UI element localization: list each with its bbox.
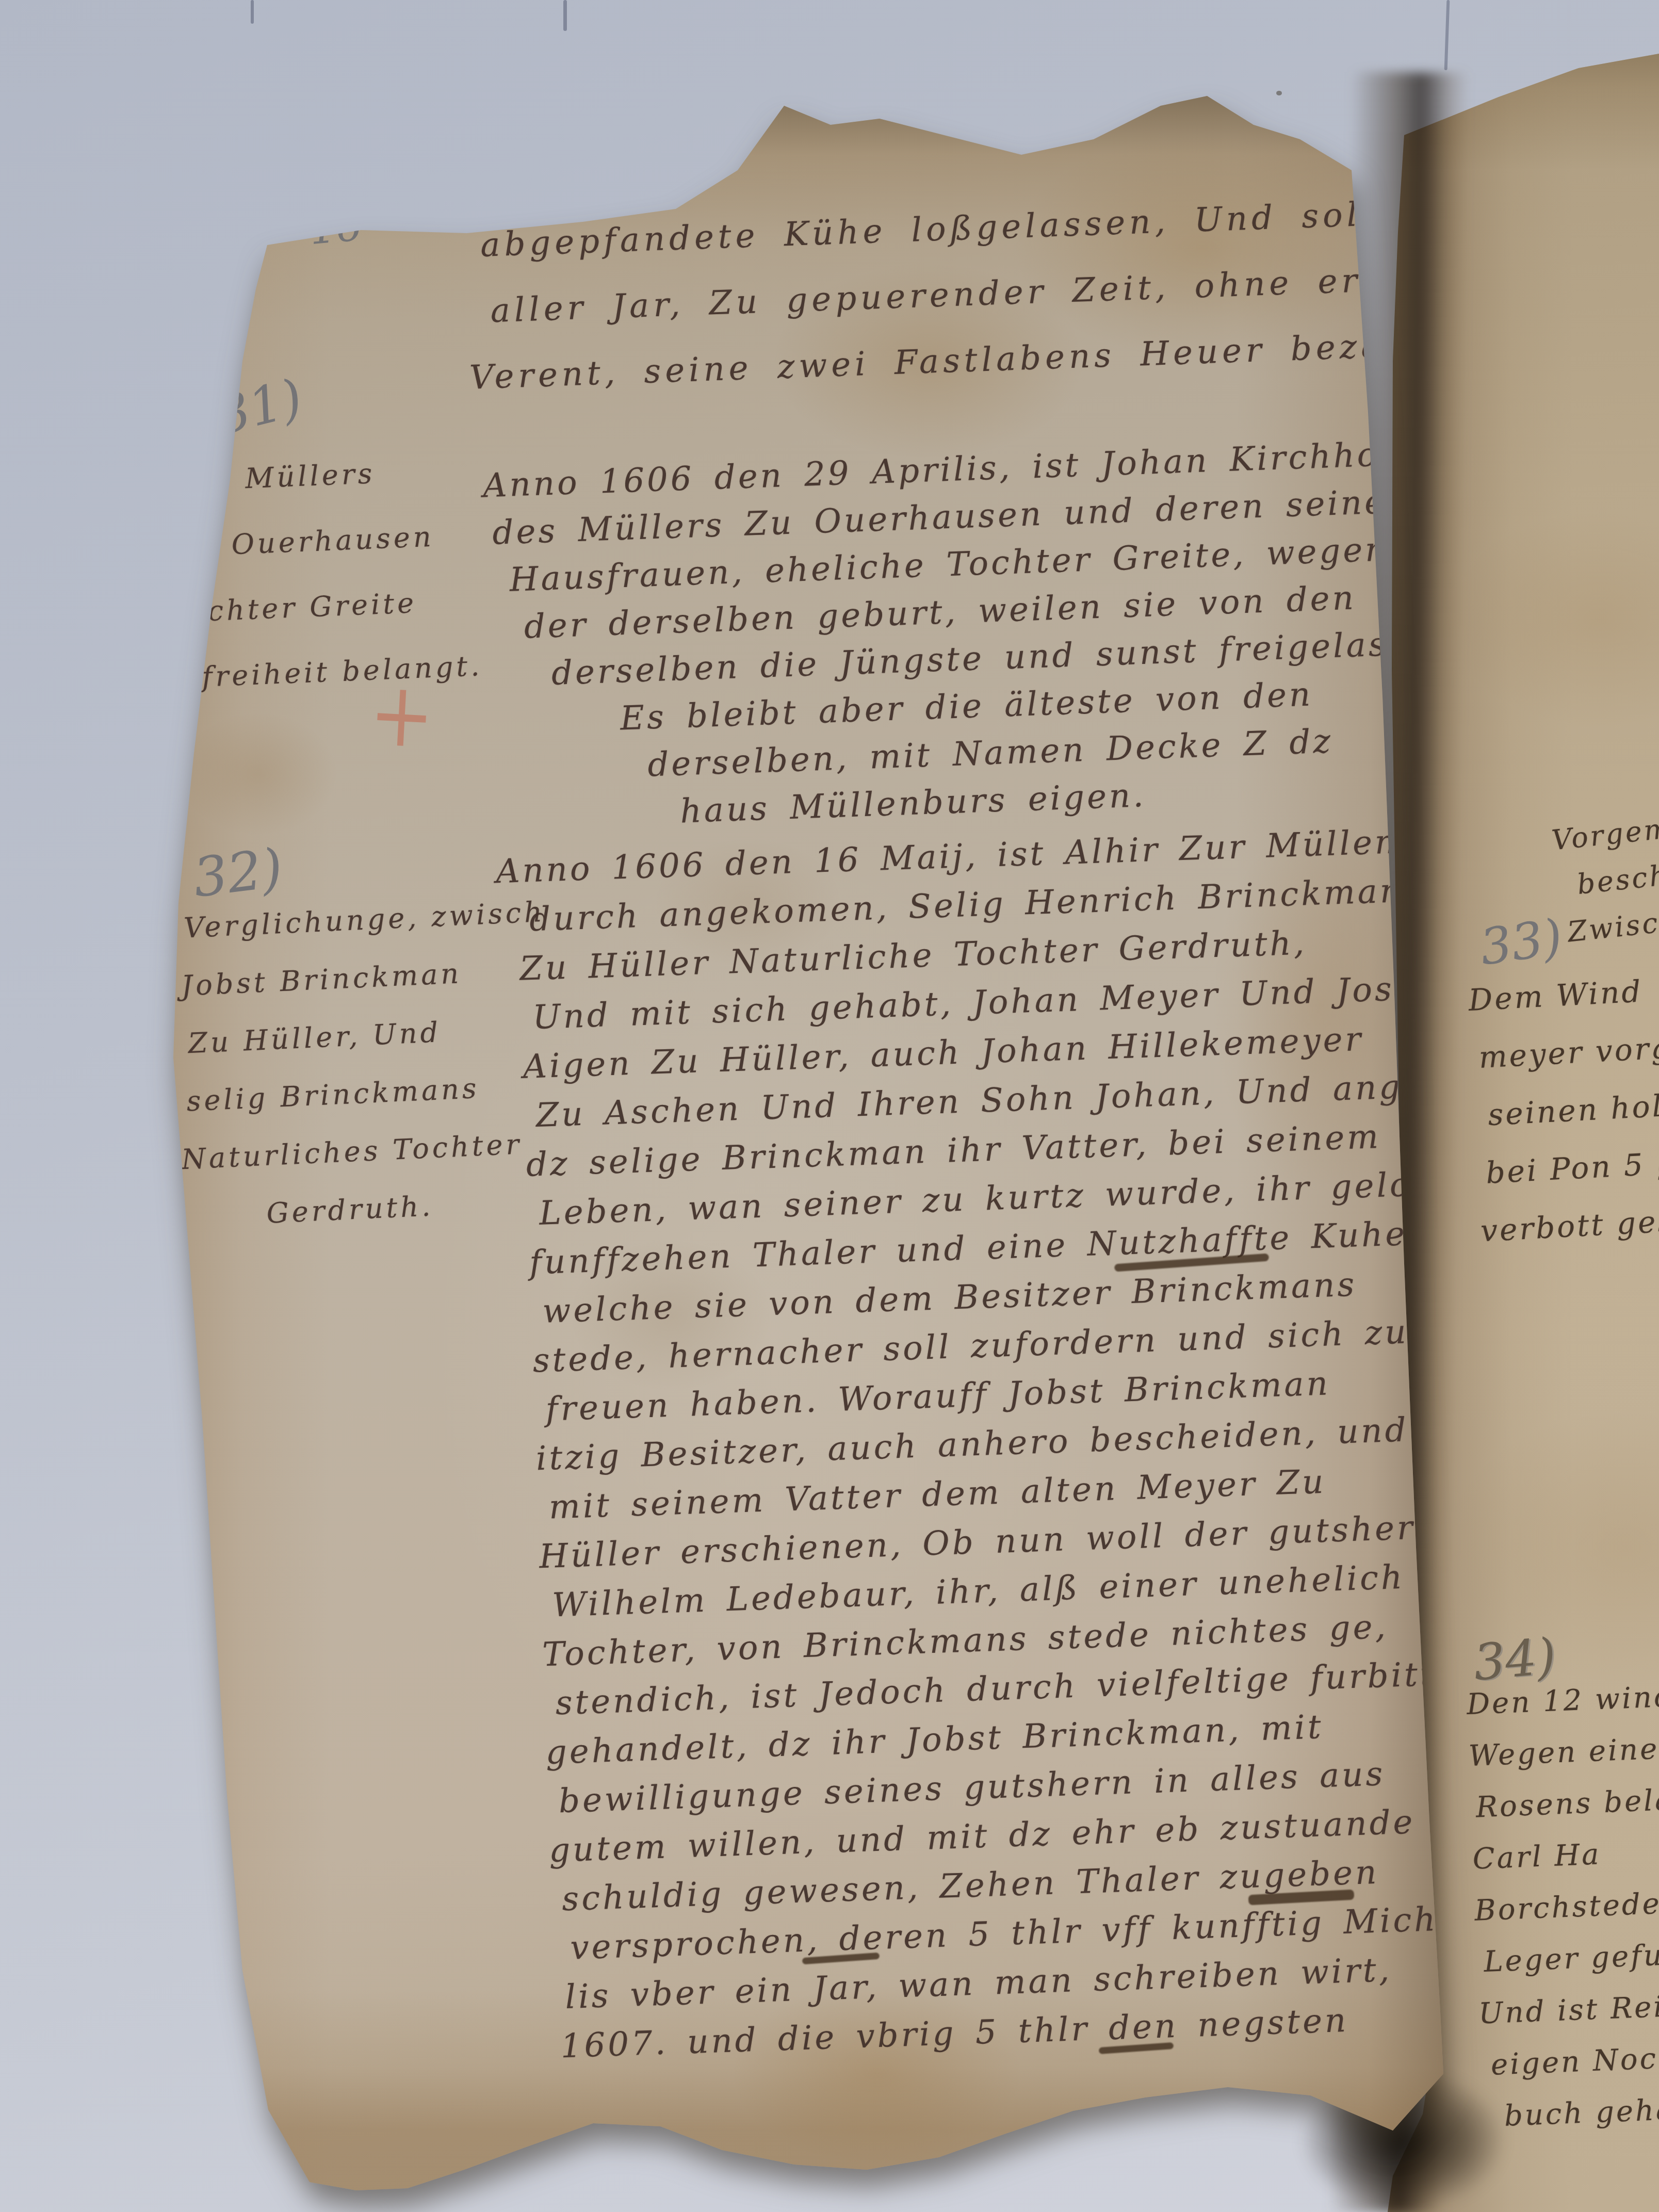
entry-31-body: Anno 1606 den 29 Aprilis, ist Johan Kirc… <box>518 433 1472 845</box>
left-page: 16 abgepfandete Kühe loßgelassen, Und so… <box>0 0 1659 2212</box>
entry-number-32: 32) <box>190 836 286 909</box>
handwritten-line: Zu Ouerhausen <box>175 518 479 596</box>
page-number-pencil: 16 <box>307 202 364 254</box>
handwritten-line: freiheit belangt. <box>201 649 484 726</box>
handwritten-line: Des Müllers <box>170 453 477 531</box>
manuscript-photo: VorgembeschZwisch 33) Dem Windmeyer vorg… <box>0 0 1659 2212</box>
carryover-paragraph: abgepfandete Kühe loßgelassen, Und soll … <box>464 189 1558 425</box>
handwritten-line: Tochter Greite <box>168 584 482 662</box>
entry-32-body: Anno 1606 den 16 Maij, ist Alhir Zur Mül… <box>516 819 1551 2077</box>
left-page-shadow-wrap: 16 abgepfandete Kühe loßgelassen, Und so… <box>0 0 1659 2212</box>
entry-32-margin-note: Verglichunge, zwischJobst BrinckmanZu Hü… <box>178 896 560 1259</box>
red-cross-mark: + <box>367 662 437 769</box>
entry-31-margin-note: Des MüllersZu OuerhausenTochter Greitefr… <box>170 453 484 727</box>
